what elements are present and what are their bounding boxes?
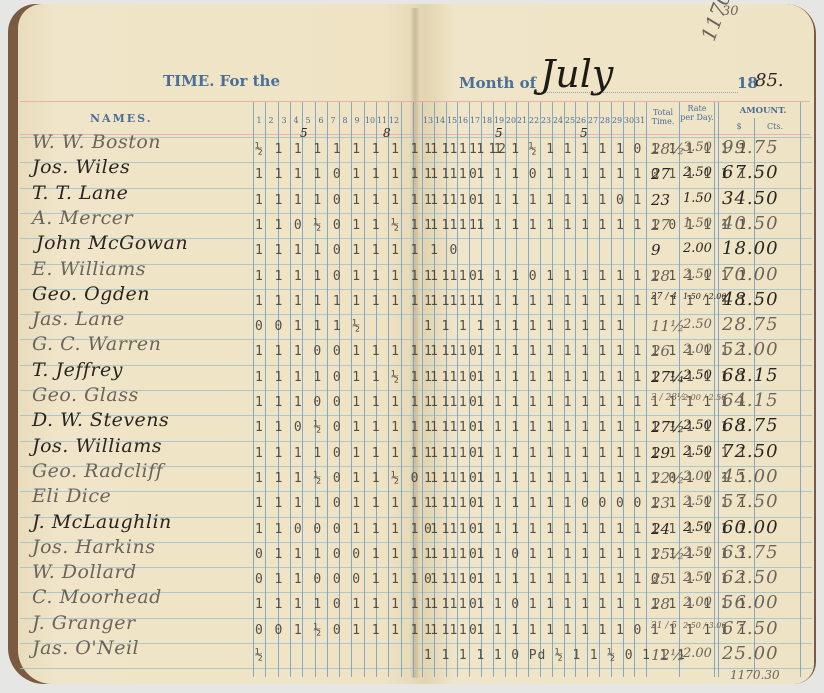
day-column-rule	[422, 102, 423, 677]
day-header: 23	[540, 116, 552, 125]
day-column-rule	[401, 102, 402, 677]
days-tally-left: ½	[255, 648, 265, 663]
dollars-header: $	[732, 122, 746, 131]
days-tally-left: 0 0 1 1 1 ½	[255, 319, 362, 334]
employee-name: A. Mercer	[32, 207, 133, 229]
total-time: 26	[651, 342, 670, 360]
employee-name: Geo. Radcliff	[32, 460, 163, 482]
employee-name: John McGowan	[36, 232, 188, 254]
total-time: 25	[651, 570, 670, 588]
amount: 18.00	[722, 238, 779, 259]
day-column-rule	[339, 102, 340, 677]
day-header: 5	[302, 116, 314, 125]
total-time: 9	[651, 241, 661, 259]
rate-per-day: 2.50	[683, 267, 712, 282]
amount: 63.75	[722, 542, 779, 563]
row-rule	[20, 188, 812, 189]
day-column-rule	[623, 102, 624, 677]
day-column-rule	[327, 102, 328, 677]
grand-total: 1170.30	[730, 668, 780, 682]
day-column-rule	[528, 102, 529, 677]
day-header: 9	[351, 116, 363, 125]
total-time: 22½	[651, 469, 685, 487]
heading-time-for-the: TIME. For the	[163, 72, 280, 90]
amount: 57.50	[722, 491, 779, 512]
row-rule	[20, 668, 812, 669]
week-mark-19: 5	[495, 126, 503, 140]
employee-name: Jos. Wiles	[32, 156, 130, 178]
total-time: 28½	[651, 140, 685, 158]
row-rule	[20, 390, 812, 391]
total-time: 21 / 5	[651, 621, 677, 631]
day-column-rule	[315, 102, 316, 677]
amount: 45.00	[722, 466, 779, 487]
total-time: 27	[651, 165, 670, 183]
amount: 67.50	[722, 162, 779, 183]
amount: 25.00	[722, 643, 779, 664]
employee-name: Eli Dice	[32, 485, 111, 507]
amount: 68.15	[722, 365, 779, 386]
employee-name: D. W. Stevens	[32, 409, 169, 431]
day-header: 29	[611, 116, 623, 125]
day-column-rule	[575, 102, 576, 677]
total-time: 27	[651, 216, 670, 234]
row-rule	[20, 567, 812, 568]
day-column-rule	[278, 102, 279, 677]
week-mark-12: 8	[383, 126, 391, 140]
day-column-rule	[552, 102, 553, 677]
rate-per-day: 2.50	[683, 317, 712, 332]
amount: 56.00	[722, 592, 779, 613]
employee-name: W. Dollard	[32, 561, 137, 583]
day-header: 11	[376, 116, 388, 125]
day-column-rule	[253, 102, 254, 677]
day-header: 26	[575, 116, 587, 125]
day-column-rule	[413, 102, 414, 677]
day-header: 8	[339, 116, 351, 125]
day-header: 24	[552, 116, 564, 125]
total-time: 27¼	[651, 368, 685, 386]
year-handwritten: 85.	[755, 70, 784, 91]
day-header: 7	[327, 116, 339, 125]
rate-per-day: 2.50 / 3.00	[683, 621, 726, 630]
employee-name: Geo. Glass	[32, 384, 139, 406]
rate-per-day: 1.50	[683, 216, 712, 231]
day-column-rule	[611, 102, 612, 677]
day-column-rule	[302, 102, 303, 677]
employee-name: T. Jeffrey	[32, 359, 123, 381]
day-header: 31	[634, 116, 646, 125]
total-time: 12½	[651, 646, 685, 664]
row-rule	[20, 162, 812, 163]
amount: 62.50	[722, 567, 779, 588]
rate-per-day: 2.50	[683, 444, 712, 459]
total-time: 3 / 28½	[651, 393, 686, 403]
employee-name: W. W. Boston	[32, 131, 161, 153]
top-note-superscript: 30	[722, 4, 739, 19]
rate-per-day: 2.00	[683, 595, 712, 610]
employee-name: C. Moorhead	[32, 586, 162, 608]
day-column-rule	[599, 102, 600, 677]
employee-name: Jas. Lane	[32, 308, 125, 330]
amount-header: AMOUNT.	[728, 106, 798, 116]
rate-per-day: 2.50	[683, 368, 712, 383]
day-header: 16	[457, 116, 469, 125]
amount: 52.00	[722, 339, 779, 360]
day-column-rule	[587, 102, 588, 677]
day-column-rule	[457, 102, 458, 677]
row-rule	[20, 314, 812, 315]
day-header: 2	[265, 116, 277, 125]
row-rule	[20, 213, 812, 214]
month-handwritten: July	[540, 52, 613, 96]
day-column-rule	[481, 102, 482, 677]
rate-per-day: 3.50	[683, 140, 712, 155]
rate-per-day: 2.00	[683, 469, 712, 484]
amount: 48.50	[722, 289, 779, 310]
day-column-rule	[634, 102, 635, 677]
rate-per-day: 2.00 / 2.50	[683, 393, 726, 402]
rate-per-day: 1.50	[683, 191, 712, 206]
day-column-rule	[469, 102, 470, 677]
rate-per-day: 2.00	[683, 646, 712, 661]
row-rule	[20, 365, 812, 366]
rate-per-day: 2.00	[683, 342, 712, 357]
day-header: 3	[278, 116, 290, 125]
rate-per-day: 2.50	[683, 165, 712, 180]
day-header: 10	[364, 116, 376, 125]
day-header: 6	[315, 116, 327, 125]
total-time: 11½	[651, 317, 685, 335]
day-header: 18	[481, 116, 493, 125]
rate-per-day: 2.50	[683, 545, 712, 560]
heading-month-of: Month of	[459, 74, 536, 92]
employee-name: Jos. Harkins	[32, 536, 155, 558]
rate-per-day: 1.50 / 2.00	[683, 292, 726, 301]
total-time: 28	[651, 595, 670, 613]
total-time: 24	[651, 520, 670, 538]
day-column-rule	[351, 102, 352, 677]
cents-header: Cts.	[762, 122, 788, 131]
day-column-rule	[388, 102, 389, 677]
day-header: 28	[599, 116, 611, 125]
day-header: 14	[434, 116, 446, 125]
day-header: 12	[388, 116, 400, 125]
row-rule	[20, 618, 812, 619]
employee-name: E. Williams	[32, 258, 146, 280]
amount: 67.50	[722, 618, 779, 639]
day-column-rule	[364, 102, 365, 677]
row-rule	[20, 491, 812, 492]
total-time: 23	[651, 191, 670, 209]
amount: 60.00	[722, 517, 779, 538]
employee-name: Jos. Williams	[32, 435, 162, 457]
employee-name: J. Granger	[32, 612, 136, 634]
day-header: 21	[516, 116, 528, 125]
day-column-rule	[376, 102, 377, 677]
rate-per-day: 2.50	[683, 418, 712, 433]
amount: 28.75	[722, 314, 779, 335]
rate-per-day: 2.00	[683, 241, 712, 256]
day-header: 22	[528, 116, 540, 125]
employee-name: Geo. Ogden	[32, 283, 150, 305]
day-header: 1	[253, 116, 265, 125]
total-time: 25½	[651, 545, 685, 563]
rate-per-day-header: Rate per Day.	[680, 104, 714, 122]
day-header: 17	[469, 116, 481, 125]
total-time: 27 / 4	[651, 292, 677, 302]
rate-column-rule	[714, 102, 719, 677]
amount: 34.50	[722, 188, 779, 209]
day-column-rule	[564, 102, 565, 677]
day-column-rule	[434, 102, 435, 677]
amount: 64.15	[722, 390, 779, 411]
day-header: 27	[587, 116, 599, 125]
day-column-rule	[446, 102, 447, 677]
day-header: 13	[422, 116, 434, 125]
week-mark-26: 5	[580, 126, 588, 140]
day-header: 4	[290, 116, 302, 125]
header-rule-top	[20, 101, 810, 102]
day-column-rule	[516, 102, 517, 677]
amount: 72.50	[722, 441, 779, 462]
employee-name: J. McLaughlin	[32, 511, 172, 533]
amount-right-rule	[800, 102, 801, 677]
employee-name: T. T. Lane	[32, 182, 128, 204]
total-time: 23	[651, 494, 670, 512]
rate-per-day: 2.50	[683, 494, 712, 509]
total-time: 28	[651, 267, 670, 285]
days-tally-right: 1 1 1 1 1 0 Pd ½ 1 1 ½ 0 1 1 1	[424, 648, 686, 663]
days-tally-right: 1 1 1 1 1 1 1 1 1 1 1 1	[424, 319, 625, 334]
day-column-rule	[505, 102, 506, 677]
total-column-rule	[679, 102, 680, 677]
total-time: 27½	[651, 418, 685, 436]
total-time-header: Total Time.	[648, 108, 678, 126]
amount: 40.50	[722, 213, 779, 234]
amount: 99.75	[722, 137, 779, 158]
day-column-rule	[290, 102, 291, 677]
days-tally-right: 1 1 1 1 1 1 1 1 1 1 1 0 1	[424, 193, 642, 208]
amount: 68.75	[722, 415, 779, 436]
day-column-rule	[646, 102, 647, 677]
day-column-rule	[540, 102, 541, 677]
total-time: 29	[651, 444, 670, 462]
employee-name: Jas. O'Neil	[32, 637, 139, 659]
week-mark-5: 5	[300, 126, 308, 140]
amount: 70.00	[722, 264, 779, 285]
employee-name: G. C. Warren	[32, 333, 161, 355]
day-header: 19	[493, 116, 505, 125]
names-column-header: NAMES.	[90, 112, 153, 125]
day-column-rule	[265, 102, 266, 677]
days-tally-left: 1 1 1 1 0 1 1 1 1 1 0	[255, 243, 459, 258]
day-column-rule	[493, 102, 494, 677]
rate-per-day: 2.50	[683, 520, 712, 535]
rate-per-day: 2.50	[683, 570, 712, 585]
